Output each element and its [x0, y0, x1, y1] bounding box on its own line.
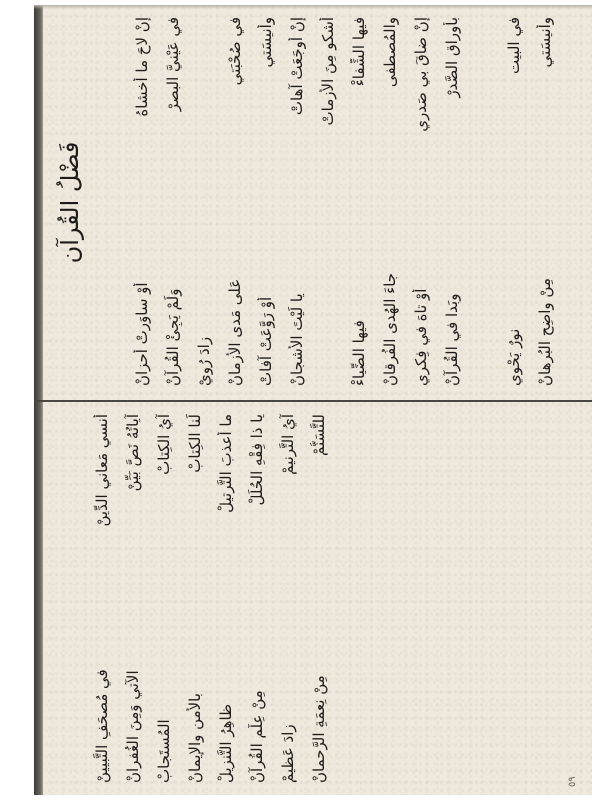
verse-row: أشكو مِنَ الأزماتْ	[312, 17, 343, 386]
hemistich-second: وبَدا في القُرآنْ	[443, 216, 461, 386]
verse-row: والمُصطفىجاءَ الهُدى الفُرقانْ	[374, 17, 405, 386]
hemistich-second: زادَ رُويْ	[195, 216, 213, 386]
verse-row: في صُحْبَتيعَلى مَدى الأزمانْ	[219, 17, 250, 386]
verse-row: فيها الشِّفاءْفيها الضِّياءْ	[343, 17, 374, 386]
verse-row: يا ذا فِقْهِ الحُلَلْمِنْ عِلْمِ القُرآن…	[241, 414, 272, 783]
hemistich-first: وأنيسَتي	[257, 17, 275, 187]
verse-row	[467, 17, 498, 386]
verse-row: إنْ ضاقَ بي صَدريأوْ تاهَ في فِكري	[405, 17, 436, 386]
hemistich-first: إنْ ضاقَ بي صَدري	[412, 17, 430, 187]
poem-block-1: إنْ لاحَ ما أخشاهُأوْ ساوَرتْ أحزانْ في …	[126, 17, 560, 386]
verse-row: لَنا الكِتابْبالأمنِ والإيمانْ	[179, 414, 210, 783]
rotated-poem-page: فَضْلُ القُرآن إنْ لاحَ ما أخشاهُأوْ ساو…	[34, 5, 592, 795]
hemistich-first: آيُ التَّرنيمْ	[279, 414, 297, 584]
hemistich-first: في عَيْنيَّ البصرْ	[164, 17, 182, 187]
hemistich-first: أشكو مِنَ الأزماتْ	[319, 17, 337, 187]
hemistich-second: بالأمنِ والإيمانْ	[186, 613, 204, 783]
verse-row: في عَيْنيَّ البصرْوَلَمْ يَجِئْ القُرآنْ	[157, 17, 188, 386]
hemistich-first: للتَّسَنُّمْ	[310, 414, 328, 584]
hemistich-second: مِنْ واضِحِ البُرهانْ	[536, 216, 554, 386]
poem-left-half: أُنسي مَعاني الدِّينْفي مُصحَفِ التَّبيي…	[34, 402, 592, 795]
verse-row: وأنيسَتيمِنْ واضِحِ البُرهانْ	[529, 17, 560, 386]
hemistich-first: ما أعذبَ التَّرتيلْ	[217, 414, 235, 584]
hemistich-first: والمُصطفى	[381, 17, 399, 187]
hemistich-second: زادَ عَظيمْ	[279, 613, 297, 783]
hemistich-first: فيها الشِّفاءْ	[350, 17, 368, 187]
hemistich-first: أُنسي مَعاني الدِّينْ	[93, 414, 111, 584]
hemistich-second: نورٌ يَحْوي	[505, 216, 523, 386]
verse-row: آيُ الكِتابْالمُستَجابْ	[148, 414, 179, 783]
hemistich-first: إنْ لاحَ ما أخشاهُ	[133, 17, 151, 187]
page-title: فَضْلُ القُرآن	[56, 5, 84, 400]
hemistich-first: يا ذا فِقْهِ الحُلَلْ	[248, 414, 266, 584]
hemistich-second: في مُصحَفِ التَّبيينْ	[93, 613, 111, 783]
page-number: ٥٩	[567, 776, 578, 787]
verse-row: آيُ التَّرنيمْزادَ عَظيمْ	[272, 414, 303, 783]
hemistich-first: آياتُهُ نَصَّ بَيِّنْ	[124, 414, 142, 584]
verse-row: آياتُهُ نَصَّ بَيِّنْالآتي وَمِنَ الغُفر…	[117, 414, 148, 783]
hemistich-second: جاءَ الهُدى الفُرقانْ	[381, 216, 399, 386]
verse-row: أُنسي مَعاني الدِّينْفي مُصحَفِ التَّبيي…	[86, 414, 117, 783]
hemistich-second: أوْ رَوَّعَتْ آفاتْ	[257, 216, 275, 386]
hemistich-first: في البيت	[505, 17, 523, 187]
hemistich-first: وأنيسَتي	[536, 17, 554, 187]
poem-right-half: فَضْلُ القُرآن إنْ لاحَ ما أخشاهُأوْ ساو…	[34, 5, 592, 398]
hemistich-second: مِنْ عِلْمِ القُرآنْ	[248, 613, 266, 783]
hemistich-second: مِنْ نِعمَةِ الرَّحمانْ	[310, 613, 328, 783]
hemistich-first: آيُ الكِتابْ	[155, 414, 173, 584]
hemistich-second: ظاهِرُ التَّنزيلْ	[217, 613, 235, 783]
hemistich-second: فيها الضِّياءْ	[350, 216, 368, 386]
hemistich-second: المُستَجابْ	[155, 613, 173, 783]
verse-row: للتَّسَنُّمْمِنْ نِعمَةِ الرَّحمانْ	[303, 414, 334, 783]
verse-row: في البيتنورٌ يَحْوي	[498, 17, 529, 386]
verse-row: إنْ لاحَ ما أخشاهُأوْ ساوَرتْ أحزانْ	[126, 17, 157, 386]
hemistich-second: أوْ ساوَرتْ أحزانْ	[133, 216, 151, 386]
hemistich-first: بأوراقِ الصَّدرْ	[443, 17, 461, 187]
hemistich-first: إنْ أوجَعَتْ آهاتْ	[288, 17, 306, 187]
verse-row: بأوراقِ الصَّدرْوبَدا في القُرآنْ	[436, 17, 467, 386]
verse-row: زادَ رُويْ	[188, 17, 219, 386]
hemistich-second: عَلى مَدى الأزمانْ	[226, 216, 244, 386]
hemistich-first: لَنا الكِتابْ	[186, 414, 204, 584]
verse-row: وأنيسَتيأوْ رَوَّعَتْ آفاتْ	[250, 17, 281, 386]
hemistich-second: يا لَيْتَ الأشجانْ	[288, 216, 306, 386]
poem-block-2: أُنسي مَعاني الدِّينْفي مُصحَفِ التَّبيي…	[86, 414, 334, 783]
verse-row: إنْ أوجَعَتْ آهاتْيا لَيْتَ الأشجانْ	[281, 17, 312, 386]
hemistich-second: الآتي وَمِنَ الغُفرانْ	[124, 613, 142, 783]
hemistich-second: وَلَمْ يَجِئْ القُرآنْ	[164, 216, 182, 386]
verse-row: ما أعذبَ التَّرتيلْظاهِرُ التَّنزيلْ	[210, 414, 241, 783]
hemistich-second: أوْ تاهَ في فِكري	[412, 216, 430, 386]
hemistich-first: في صُحْبَتي	[226, 17, 244, 187]
